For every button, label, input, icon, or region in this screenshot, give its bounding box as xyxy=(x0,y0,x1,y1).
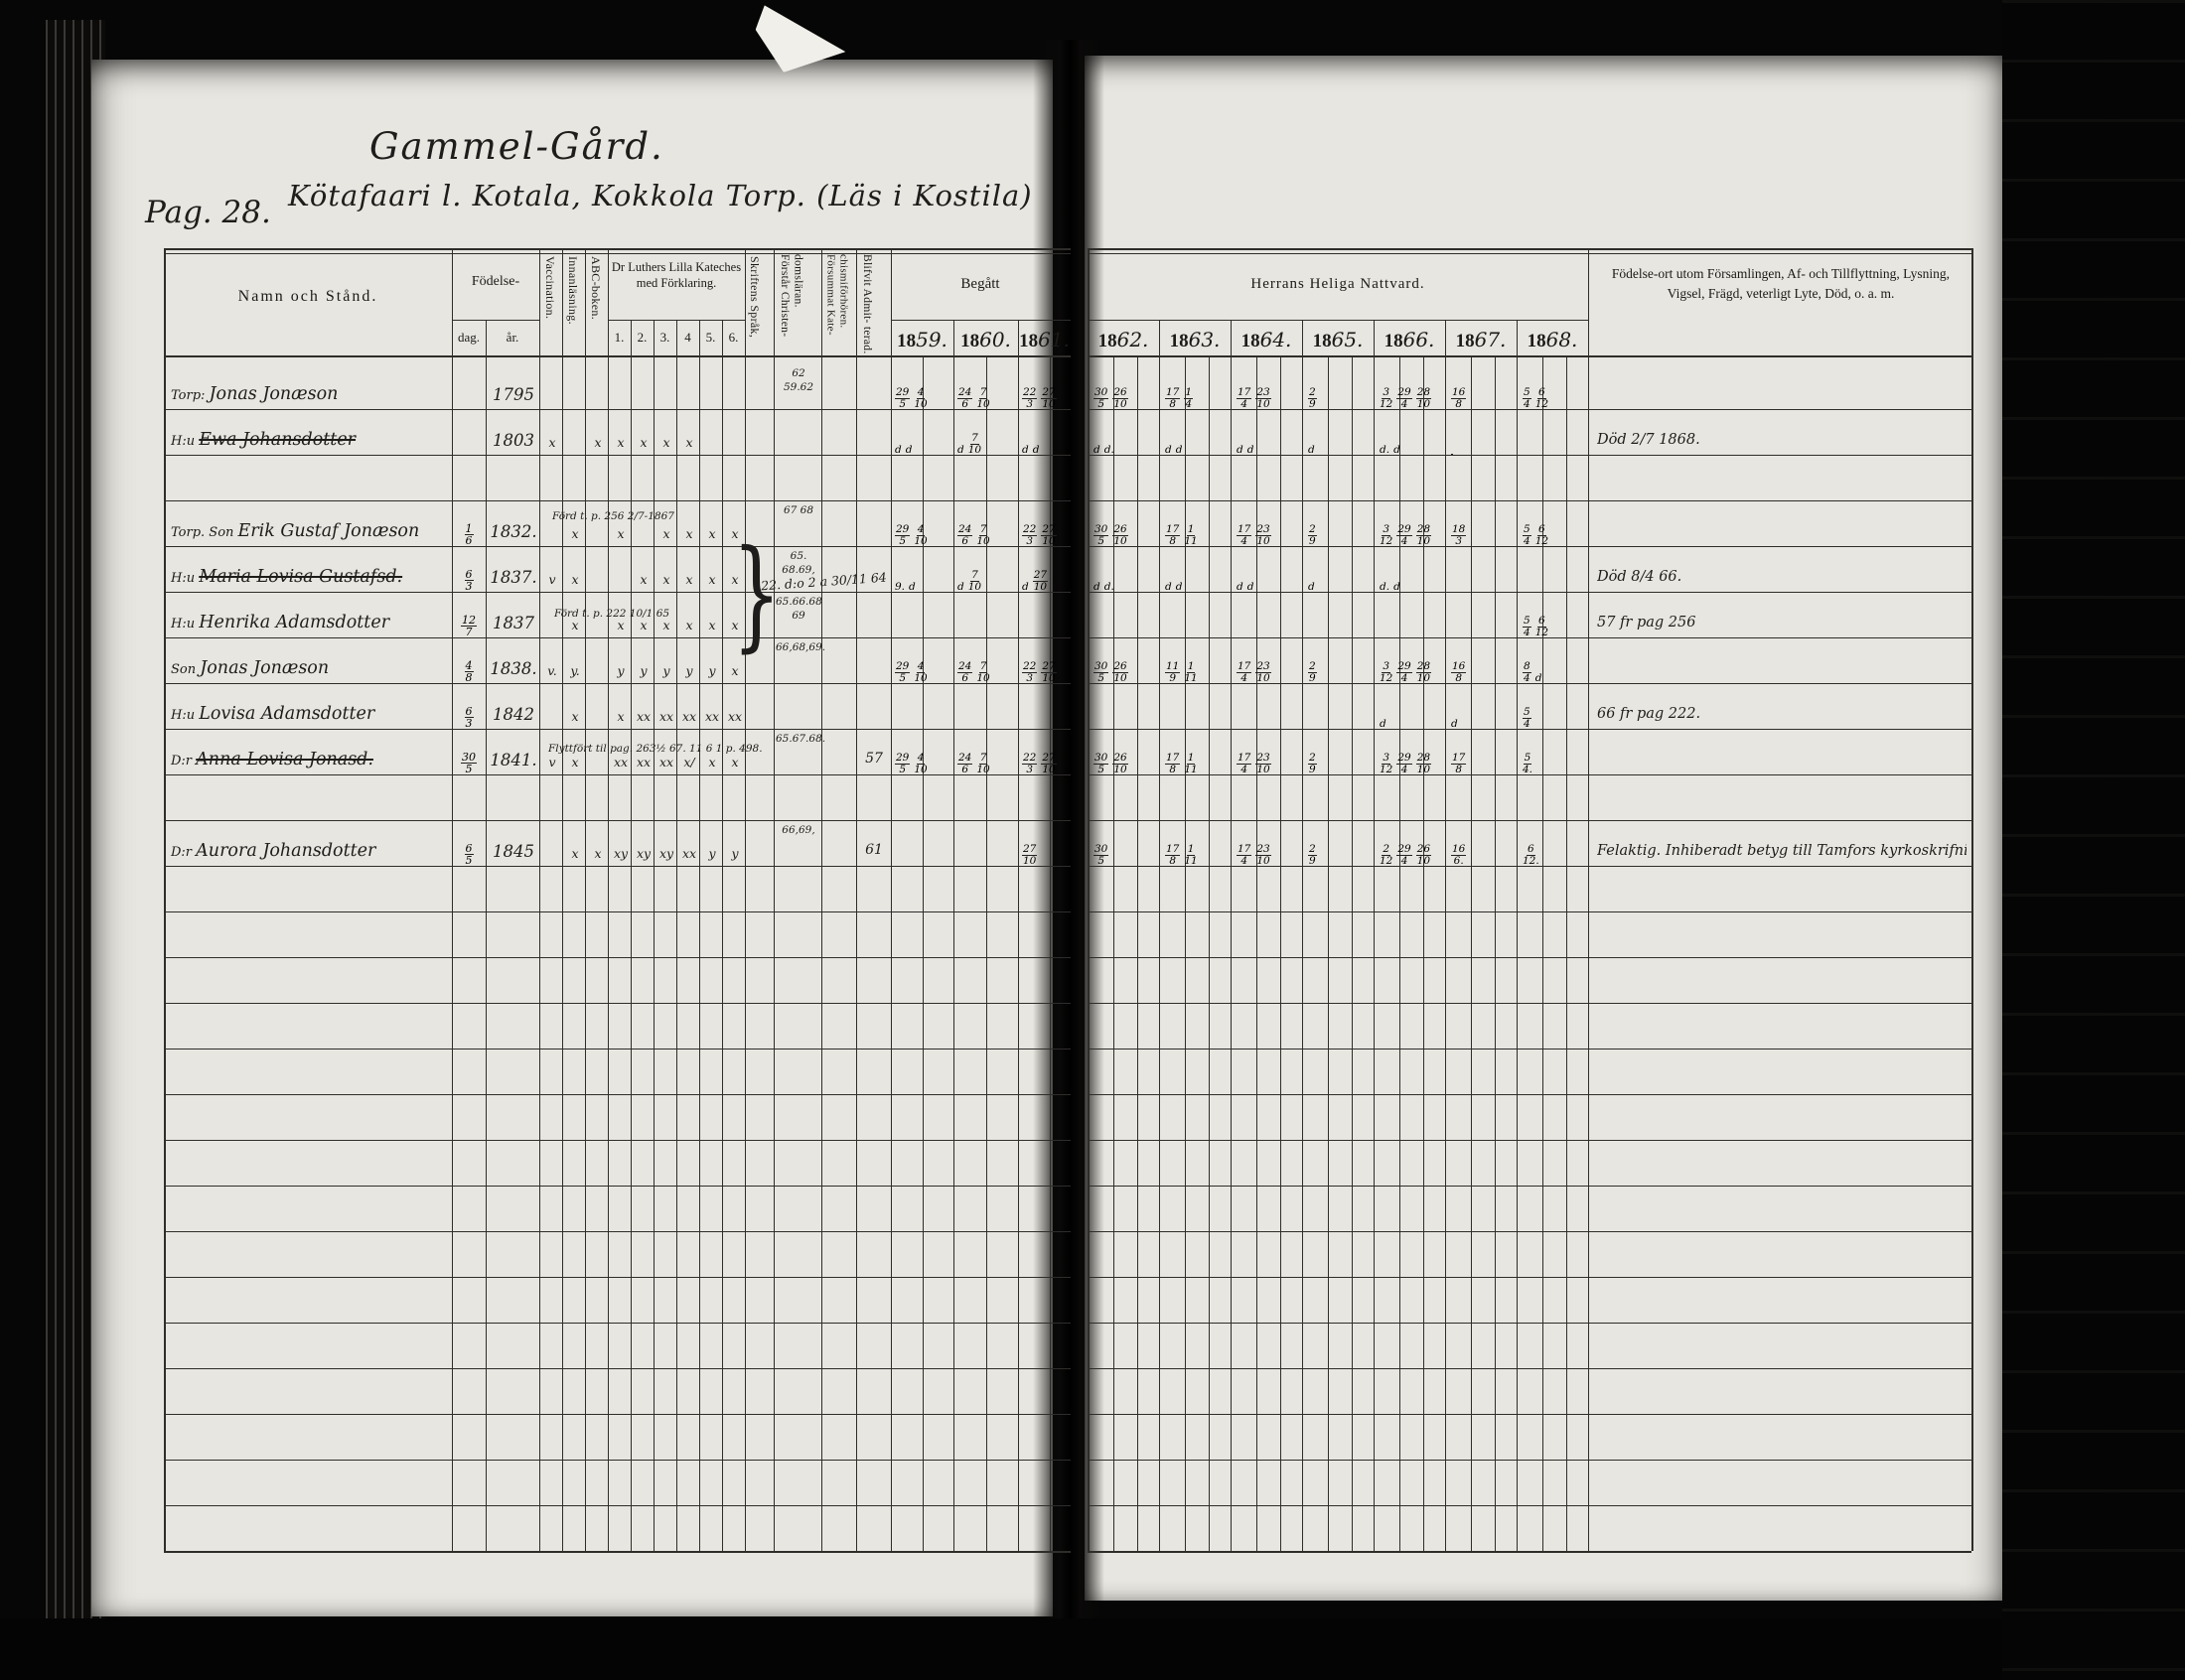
communion-date-cell: 3052610 xyxy=(1092,647,1161,685)
header-year-1861: 1861. xyxy=(1018,328,1071,352)
row-birth-day-cell: 48 xyxy=(453,649,485,685)
communion-date-cell: d xyxy=(1306,556,1376,594)
communion-date-cell: 178111 xyxy=(1163,830,1233,868)
row-reading-mark-cell: x xyxy=(633,435,655,455)
header-skriftens-sprak: Skriftens Språk, xyxy=(747,256,761,353)
grid-hline xyxy=(164,1003,1071,1004)
communion-date-cell: 1742310 xyxy=(1235,647,1304,685)
row-margin-label: D:r xyxy=(171,845,196,860)
row-reading-mark-cell: xx xyxy=(678,709,700,729)
row-reading-mark-cell: xx xyxy=(678,846,700,866)
grid-hline xyxy=(164,1505,1071,1506)
communion-date-cell: 3052610 xyxy=(1092,510,1161,548)
row-margin-label: H:u xyxy=(171,571,199,586)
grid-hline xyxy=(1088,1049,1971,1050)
row-person-name: Jonas Jonæson xyxy=(210,384,339,404)
row-reading-mark-cell: x xyxy=(564,618,586,637)
header-dag: dag. xyxy=(452,330,486,346)
header-namn-och-stand: Namn och Stånd. xyxy=(164,288,452,306)
grid-hline xyxy=(1088,248,1971,250)
header-year-1863: 1863. xyxy=(1159,328,1231,352)
grid-vline xyxy=(1374,320,1375,1551)
row-reading-mark-cell: xy xyxy=(610,846,632,866)
header-forsummat-katechismiforhoren: Försummat Kate- chismiförhören. xyxy=(824,254,856,355)
communion-date-cell: d710 xyxy=(955,556,1017,594)
row-reading-mark-cell: x xyxy=(701,755,723,774)
row-reading-mark-cell: x xyxy=(610,709,632,729)
row-name-cell: H:u Maria Lovisa Gustafsd. xyxy=(171,567,449,592)
header-fodelse: Födelse- xyxy=(452,274,539,290)
communion-date-cell: 3122942810 xyxy=(1378,373,1447,411)
row-reading-mark-cell: v. xyxy=(541,663,563,683)
row-birth-day-cell: 16 xyxy=(453,512,485,548)
communion-date-cell: 29 xyxy=(1306,510,1376,548)
grid-hline xyxy=(164,866,1071,867)
row-reading-mark-cell: y xyxy=(610,663,632,683)
row-birth-day-cell: 65 xyxy=(453,832,485,868)
grid-vline xyxy=(1302,320,1303,1551)
grid-hline xyxy=(164,500,1071,501)
scanned-church-record-spread: Pag. 28. Gammel-Gård. Kötafaari l. Kotal… xyxy=(0,0,2185,1680)
communion-date-cell: 166. xyxy=(1449,830,1519,868)
brace-mark: } xyxy=(732,526,782,665)
row-reading-mark-cell: x xyxy=(541,435,563,455)
header-year-1865: 1865. xyxy=(1302,328,1374,352)
grid-vline xyxy=(654,320,655,1551)
grid-vline xyxy=(486,320,487,1551)
communion-date-cell: 1742310 xyxy=(1235,373,1304,411)
communion-date-cell: 295410 xyxy=(893,647,952,685)
row-margin-label: H:u xyxy=(171,617,199,631)
communion-date-cell: 246710 xyxy=(955,510,1017,548)
communion-date-cell: 295410 xyxy=(893,373,952,411)
communion-date-cell: 2232710 xyxy=(1020,510,1070,548)
grid-hline xyxy=(1088,253,1971,254)
grid-hline xyxy=(1088,1323,1971,1324)
grid-vline xyxy=(699,320,700,1551)
communion-date-cell: 168 xyxy=(1449,373,1519,411)
communion-date-cell: dd xyxy=(1163,556,1233,594)
grid-vline xyxy=(452,248,453,1551)
grid-vline xyxy=(164,248,166,1551)
row-reading-mark-cell: x xyxy=(633,618,655,637)
row-reading-mark-cell: x xyxy=(587,435,609,455)
grid-hline xyxy=(1088,320,1588,321)
communion-date-cell: 295410 xyxy=(893,739,952,776)
grid-hline xyxy=(164,820,1071,821)
row-reading-mark-cell: x xyxy=(610,618,632,637)
row-reading-mark-cell: xx xyxy=(655,755,677,774)
row-reading-mark-cell: x xyxy=(633,572,655,592)
communion-date-cell: 3122942810 xyxy=(1378,647,1447,685)
header-year-1860: 1860. xyxy=(953,328,1018,352)
grid-hline xyxy=(1088,820,1971,821)
row-reading-mark-cell: x xyxy=(564,846,586,866)
row-birth-year-cell: 1832. xyxy=(489,522,538,546)
communion-date-cell: 3052610 xyxy=(1092,739,1161,776)
row-forstar-note-cell: 66,69, xyxy=(776,824,821,868)
grid-hline xyxy=(1088,355,1971,357)
row-birth-year-cell: 1803 xyxy=(489,431,538,455)
grid-vline xyxy=(1018,320,1019,1551)
header-remarks: Födelse-ort utom Församlingen, Af- och T… xyxy=(1599,264,1963,305)
row-person-name: Maria Lovisa Gustafsd. xyxy=(199,567,402,587)
row-birth-day-cell: 63 xyxy=(453,558,485,594)
row-reading-mark-cell: xy xyxy=(655,846,677,866)
row-birth-year-cell: 1845 xyxy=(489,842,538,866)
row-reading-mark-cell: x xyxy=(701,572,723,592)
row-reading-mark-cell: xx xyxy=(655,709,677,729)
communion-date-cell: 3122942810 xyxy=(1378,510,1447,548)
grid-vline xyxy=(891,248,892,1551)
header-katekes-col-5: 5. xyxy=(699,330,722,346)
row-reading-mark-cell: y xyxy=(678,663,700,683)
scan-black-bottom xyxy=(0,1618,2185,1680)
row-margin-label: H:u xyxy=(171,708,199,723)
grid-vline xyxy=(539,248,540,1551)
communion-date-cell: 3122942810 xyxy=(1378,739,1447,776)
communion-date-cell: 1742310 xyxy=(1235,510,1304,548)
grid-hline xyxy=(1088,1277,1971,1278)
row-birth-year-cell: 1837 xyxy=(489,614,538,637)
row-reading-mark-cell: x xyxy=(678,435,700,455)
grid-hline xyxy=(164,729,1071,730)
grid-vline xyxy=(1445,320,1446,1551)
row-reading-mark-cell: y xyxy=(701,663,723,683)
grid-vline xyxy=(676,320,677,1551)
grid-hline xyxy=(1088,1003,1971,1004)
communion-date-cell: 84d xyxy=(1521,647,1586,685)
grid-vline xyxy=(953,320,954,1551)
communion-date-cell: 54. xyxy=(1521,739,1586,776)
communion-date-cell: d xyxy=(1449,693,1519,731)
grid-hline xyxy=(1088,1186,1971,1187)
grid-hline xyxy=(1088,1505,1971,1506)
grid-hline xyxy=(164,911,1071,912)
row-margin-label: Son xyxy=(171,662,200,677)
row-person-name: Erik Gustaf Jonæson xyxy=(238,521,420,541)
grid-hline xyxy=(1088,500,1971,501)
grid-vline xyxy=(1088,248,1090,1551)
page-number-label: Pag. 28. xyxy=(145,195,271,230)
header-blifvit-admitterad: Blifvit Admit- terad. xyxy=(860,254,890,355)
row-reading-mark-cell: x xyxy=(587,846,609,866)
grid-hline xyxy=(164,1049,1071,1050)
communion-date-cell: d xyxy=(1306,419,1376,457)
row-name-cell: H:u Ewa Johansdotter xyxy=(171,430,449,455)
row-reading-mark-cell: xx xyxy=(633,709,655,729)
grid-vline xyxy=(1588,248,1589,1551)
communion-date-cell: 612. xyxy=(1521,830,1586,868)
header-katekes-col-6: 6. xyxy=(722,330,745,346)
row-reading-mark-cell: x xyxy=(655,572,677,592)
communion-date-cell: 295410 xyxy=(893,510,952,548)
grid-hline xyxy=(164,1368,1071,1369)
grid-hline xyxy=(164,1323,1071,1324)
row-reading-mark-cell: xx xyxy=(701,709,723,729)
grid-hline xyxy=(1088,1551,1971,1553)
communion-date-cell: 2232710 xyxy=(1020,647,1070,685)
handwritten-annotation: Flyttfört til pag. 263½ 67. 11 6 1 p. 49… xyxy=(548,743,763,755)
communion-date-cell: d.d xyxy=(1378,419,1447,457)
row-reading-mark-cell: x xyxy=(655,435,677,455)
row-name-cell: H:u Henrika Adamsdotter xyxy=(171,613,449,637)
row-reading-mark-cell: x xyxy=(724,663,746,683)
row-reading-mark-cell: xx xyxy=(724,709,746,729)
row-forstar-note-cell: 65.67.68. xyxy=(776,733,821,776)
row-reading-mark-cell: xy xyxy=(633,846,655,866)
row-reading-mark-cell: x xyxy=(655,618,677,637)
communion-date-cell: 17814 xyxy=(1163,373,1233,411)
communion-date-cell: 246710 xyxy=(955,647,1017,685)
grid-hline xyxy=(164,253,1071,254)
grid-vline xyxy=(1231,320,1232,1551)
communion-date-cell: 168 xyxy=(1449,647,1519,685)
row-remark-cell: 66 fr pag 222. xyxy=(1597,706,1966,729)
grid-hline xyxy=(164,1231,1071,1232)
grid-hline xyxy=(164,957,1071,958)
grid-hline xyxy=(164,1186,1071,1187)
header-herrans-heliga-nattvard: Herrans Heliga Nattvard. xyxy=(1088,276,1588,293)
communion-date-cell: 29 xyxy=(1306,647,1376,685)
grid-vline xyxy=(1971,248,1973,1551)
grid-hline xyxy=(1088,1368,1971,1369)
scan-black-right xyxy=(2002,0,2185,1680)
grid-vline xyxy=(774,248,775,1551)
row-reading-mark-cell: x xyxy=(724,755,746,774)
row-birth-day-cell: 305 xyxy=(453,741,485,776)
communion-date-cell: d.d xyxy=(1378,556,1447,594)
row-reading-mark-cell: y xyxy=(701,846,723,866)
communion-date-cell: 54612 xyxy=(1521,602,1586,639)
row-reading-mark-cell: x xyxy=(655,526,677,546)
header-year-1859: 1859. xyxy=(891,328,953,352)
row-admitted-cell: 61 xyxy=(858,842,890,866)
handwritten-annotation: Förd t. p. 256 2/7-1867 xyxy=(552,510,674,522)
row-birth-year-cell: 1842 xyxy=(489,705,538,729)
grid-hline xyxy=(891,320,1071,321)
communion-date-cell: d xyxy=(1378,693,1447,731)
row-reading-mark-cell: x xyxy=(610,526,632,546)
row-remark-cell: 57 fr pag 256 xyxy=(1597,615,1966,637)
row-margin-label: Torp: xyxy=(171,388,210,403)
row-reading-mark-cell: x xyxy=(564,755,586,774)
row-reading-mark-cell: x xyxy=(610,435,632,455)
communion-date-cell: 178111 xyxy=(1163,510,1233,548)
grid-vline xyxy=(1159,320,1160,1551)
communion-date-cell: 178111 xyxy=(1163,739,1233,776)
row-reading-mark-cell: x xyxy=(564,709,586,729)
row-reading-mark-cell: y xyxy=(633,663,655,683)
grid-hline xyxy=(1088,957,1971,958)
grid-hline xyxy=(164,1140,1071,1141)
grid-hline xyxy=(608,320,745,321)
handwritten-annotation: Förd t. p. 222 10/1 65 xyxy=(554,608,669,620)
header-katekes-col-2: 2. xyxy=(631,330,654,346)
communion-date-cell: 246710 xyxy=(955,373,1017,411)
grid-hline xyxy=(1088,1414,1971,1415)
communion-date-cell: 2232710 xyxy=(1020,373,1070,411)
communion-date-cell: dd xyxy=(1235,419,1304,457)
header-katekes-col-1: 1. xyxy=(608,330,631,346)
row-reading-mark-cell: v xyxy=(541,755,563,774)
row-forstar-note-cell: 67 68 xyxy=(776,504,821,548)
communion-date-cell: 54612 xyxy=(1521,510,1586,548)
communion-date-cell: dd. xyxy=(1092,419,1161,457)
row-name-cell: D:r Aurora Johansdotter xyxy=(171,841,449,866)
communion-date-cell: 2710 xyxy=(1020,830,1070,868)
row-reading-mark-cell: x xyxy=(701,618,723,637)
row-margin-label: D:r xyxy=(171,754,196,769)
header-year-1867: 1867. xyxy=(1445,328,1517,352)
header-forstar-christendomslaran: Förstår Christen- domsläran. xyxy=(778,254,819,355)
communion-date-cell: d2710 xyxy=(1020,556,1070,594)
row-birth-year-cell: 1841. xyxy=(489,751,538,774)
grid-hline xyxy=(164,1277,1071,1278)
row-remark-cell: Död 2/7 1868. xyxy=(1597,432,1966,455)
communion-date-cell: 54 xyxy=(1521,693,1586,731)
communion-date-cell: 119111 xyxy=(1163,647,1233,685)
grid-hline xyxy=(164,1094,1071,1095)
communion-date-cell: 246710 xyxy=(955,739,1017,776)
row-name-cell: Son Jonas Jonæson xyxy=(171,658,449,683)
communion-date-cell: dd. xyxy=(1092,556,1161,594)
row-birth-day-cell: 63 xyxy=(453,695,485,731)
row-remark-cell: Död 8/4 66. xyxy=(1597,569,1966,592)
header-vaccination: Vaccination. xyxy=(542,256,556,353)
row-reading-mark-cell: x xyxy=(564,572,586,592)
grid-hline xyxy=(164,355,1071,357)
communion-date-cell: 29 xyxy=(1306,830,1376,868)
header-katekes-col-4: 4 xyxy=(676,330,699,346)
row-admitted-cell: 57 xyxy=(858,751,890,774)
row-forstar-note-cell: 66,68,69. xyxy=(776,641,821,685)
header-year-1866: 1866. xyxy=(1374,328,1445,352)
communion-date-cell: 178 xyxy=(1449,739,1519,776)
row-birth-year-cell: 1838. xyxy=(489,659,538,683)
communion-date-cell: dd xyxy=(1163,419,1233,457)
communion-date-cell: 2122942610 xyxy=(1378,830,1447,868)
communion-date-cell: 3052610 xyxy=(1092,373,1161,411)
row-margin-label: Torp. Son xyxy=(171,525,238,540)
communion-date-cell: 9.d xyxy=(893,556,952,594)
row-reading-mark-cell: x xyxy=(678,618,700,637)
farm-title: Gammel-Gård. xyxy=(369,125,664,168)
communion-date-cell: dd xyxy=(1020,419,1070,457)
grid-vline xyxy=(821,248,822,1551)
row-reading-mark-cell: x/ xyxy=(678,755,700,774)
header-year-1862: 1862. xyxy=(1088,328,1159,352)
row-reading-mark-cell: x xyxy=(678,526,700,546)
row-person-name: Henrika Adamsdotter xyxy=(199,613,389,632)
row-reading-mark-cell: y xyxy=(724,846,746,866)
communion-date-cell: 29 xyxy=(1306,739,1376,776)
header-begatt: Begått xyxy=(891,276,1070,293)
row-person-name: Anna Lovisa Jonasd. xyxy=(196,750,373,770)
communion-date-cell: dd xyxy=(893,419,952,457)
row-name-cell: Torp: Jonas Jonæson xyxy=(171,384,449,409)
header-abc-boken: ABC-boken. xyxy=(588,256,602,353)
grid-hline xyxy=(1088,1140,1971,1141)
communion-date-cell: d710 xyxy=(955,419,1017,457)
grid-hline xyxy=(164,637,1071,638)
communion-date-cell: 183 xyxy=(1449,510,1519,548)
grid-vline xyxy=(745,248,746,1551)
header-katekes-col-3: 3. xyxy=(654,330,676,346)
row-forstar-note-cell: 62 59.62 xyxy=(776,367,821,411)
row-reading-mark-cell: v xyxy=(541,572,563,592)
grid-vline xyxy=(585,248,586,1551)
row-reading-mark-cell: x xyxy=(701,526,723,546)
grid-hline xyxy=(1088,1094,1971,1095)
grid-hline xyxy=(452,320,539,321)
grid-hline xyxy=(1088,911,1971,912)
grid-hline xyxy=(164,1460,1071,1461)
grid-vline xyxy=(1517,320,1518,1551)
communion-date-cell: 54612 xyxy=(1521,373,1586,411)
grid-hline xyxy=(1088,1231,1971,1232)
row-birth-year-cell: 1837. xyxy=(489,568,538,592)
row-person-name: Lovisa Adamsdotter xyxy=(199,704,374,724)
row-reading-mark-cell: xx xyxy=(633,755,655,774)
row-birth-day-cell: 127 xyxy=(453,604,485,639)
grid-hline xyxy=(164,1551,1071,1553)
grid-vline xyxy=(631,320,632,1551)
header-katekes: Dr Luthers Lilla Kate­ches med Förklarin… xyxy=(610,260,743,291)
row-name-cell: Torp. Son Erik Gustaf Jonæson xyxy=(171,521,449,546)
row-birth-year-cell: 1795 xyxy=(489,385,538,409)
communion-date-cell: 1742310 xyxy=(1235,739,1304,776)
row-name-cell: D:r Anna Lovisa Jonasd. xyxy=(171,750,449,774)
communion-date-cell: dd xyxy=(1235,556,1304,594)
grid-hline xyxy=(164,248,1071,250)
row-reading-mark-cell: x xyxy=(678,572,700,592)
row-name-cell: H:u Lovisa Adamsdotter xyxy=(171,704,449,729)
row-forstar-note-cell: 65.66.68 69 xyxy=(776,596,821,639)
row-person-name: Ewa Johansdotter xyxy=(199,430,356,450)
row-reading-mark-cell: y. xyxy=(564,663,586,683)
grid-hline xyxy=(164,1414,1071,1415)
grid-vline xyxy=(856,248,857,1551)
row-remark-cell: Felaktig. Inhiberadt betyg till Tamfors … xyxy=(1597,843,1966,866)
row-reading-mark-cell: xx xyxy=(610,755,632,774)
header-year-1864: 1864. xyxy=(1231,328,1302,352)
communion-date-cell xyxy=(1449,419,1519,457)
communion-date-cell: 29 xyxy=(1306,373,1376,411)
communion-date-cell: 1742310 xyxy=(1235,830,1304,868)
header-innanlasning: Innanläsning. xyxy=(565,256,579,353)
row-reading-mark-cell: y xyxy=(655,663,677,683)
communion-date-cell: 2232710 xyxy=(1020,739,1070,776)
grid-hline xyxy=(1088,1460,1971,1461)
row-margin-label: H:u xyxy=(171,434,199,449)
row-reading-mark-cell: x xyxy=(564,526,586,546)
row-person-name: Aurora Johansdotter xyxy=(196,841,375,861)
header-year-1868: 1868. xyxy=(1517,328,1588,352)
header-ar: år. xyxy=(486,330,539,346)
row-person-name: Jonas Jonæson xyxy=(200,658,329,678)
communion-date-cell: 305 xyxy=(1092,830,1161,868)
farm-subtitle: Kötafaari l. Kotala, Kokkola Torp. (Läs … xyxy=(288,179,1033,212)
grid-vline xyxy=(722,320,723,1551)
